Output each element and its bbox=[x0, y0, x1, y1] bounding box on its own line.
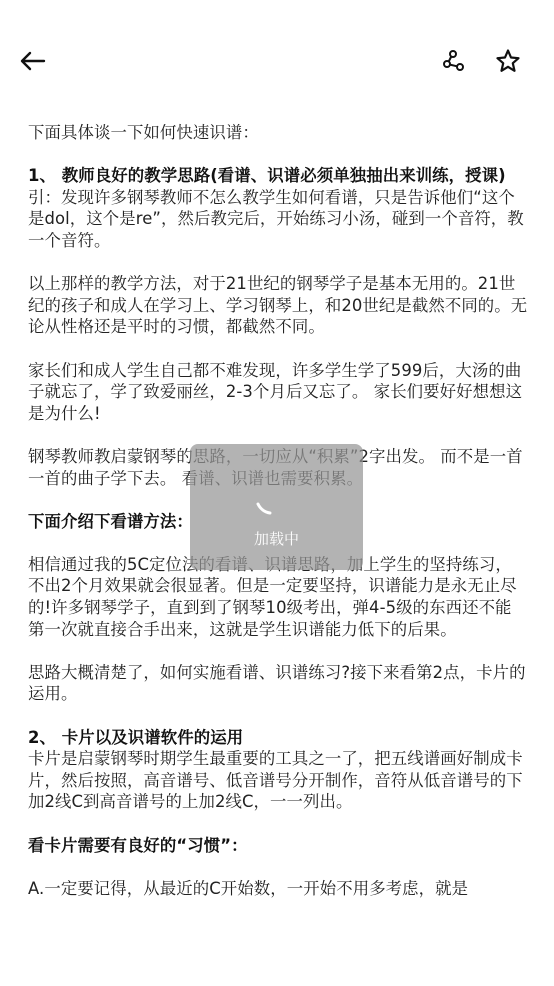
star-outline-icon bbox=[495, 48, 521, 74]
arrow-left-icon bbox=[20, 51, 46, 71]
favorite-button[interactable] bbox=[491, 44, 525, 78]
article-paragraph: 下面具体谈一下如何快速识谱： bbox=[28, 122, 528, 144]
article-paragraph: 思路大概清楚了，如何实施看谱、识谱练习?接下来看第2点，卡片的运用。 bbox=[28, 662, 528, 705]
section-heading: 2、 卡片以及识谱软件的运用 bbox=[28, 727, 528, 749]
section-heading: 看卡片需要有良好的“习惯”： bbox=[28, 835, 528, 857]
article-paragraph: A.一定要记得，从最近的C开始数，一开始不用多考虑，就是 bbox=[28, 878, 528, 900]
article-paragraph: 引：发现许多钢琴教师不怎么教学生如何看谱，只是告诉他们“这个是dol，这个是re… bbox=[28, 187, 528, 252]
article-paragraph: 卡片是启蒙钢琴时期学生最重要的工具之一了，把五线谱画好制成卡片，然后按照，高音谱… bbox=[28, 748, 528, 813]
back-button[interactable] bbox=[16, 44, 50, 78]
article-paragraph: 以上那样的教学方法，对于21世纪的钢琴学子是基本无用的。21世纪的孩子和成人在学… bbox=[28, 273, 528, 338]
loading-dialog: 加载中 bbox=[190, 444, 363, 570]
share-button[interactable] bbox=[437, 44, 471, 78]
section-heading: 1、 教师良好的教学思路(看谱、识谱必须单独抽出来训练，授课) bbox=[28, 165, 528, 187]
loading-label: 加载中 bbox=[190, 528, 363, 549]
article-paragraph: 家长们和成人学生自己都不难发现，许多学生学了599后，大汤的曲子就忘了，学了致爱… bbox=[28, 360, 528, 425]
share-icon bbox=[442, 49, 466, 73]
top-toolbar bbox=[0, 0, 554, 100]
